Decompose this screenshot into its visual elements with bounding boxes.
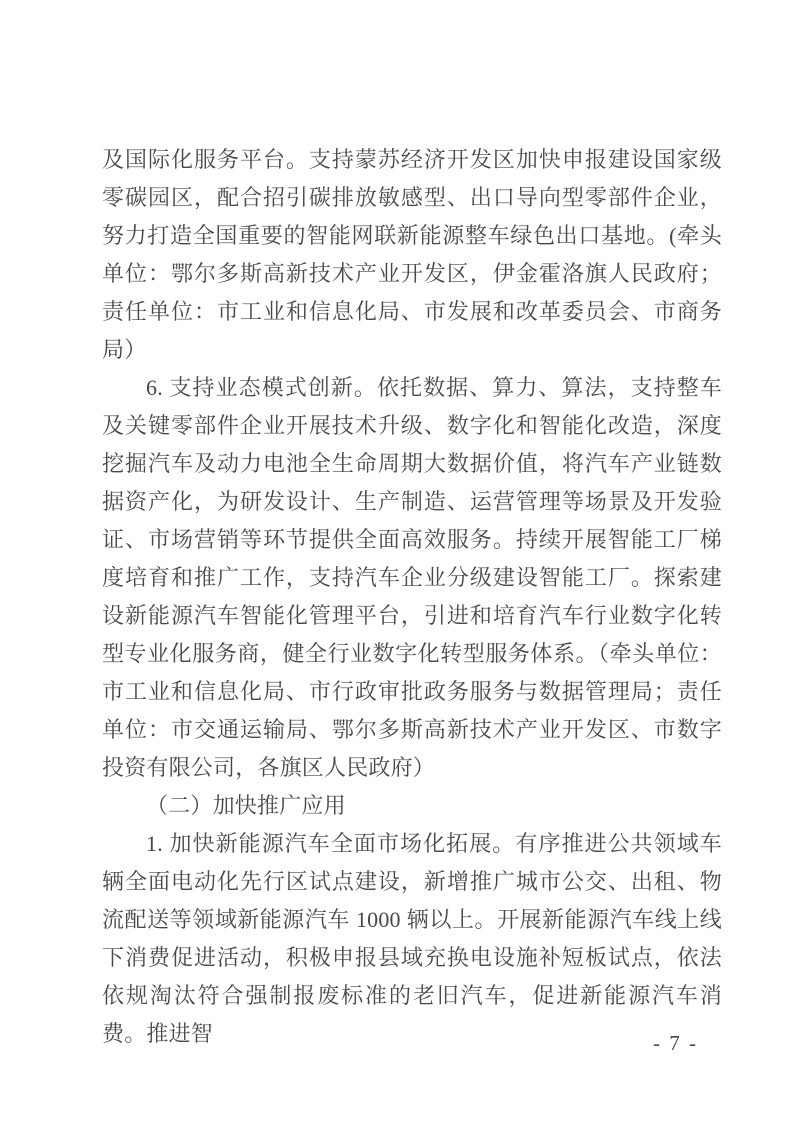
document-text-block: 及国际化服务平台。支持蒙苏经济开发区加快申报建设国家级零碳园区，配合招引碳排放敏… [102, 141, 722, 1053]
page-number: - 7 - [653, 1031, 698, 1056]
document-page: 及国际化服务平台。支持蒙苏经济开发区加快申报建设国家级零碳园区，配合招引碳排放敏… [0, 0, 793, 1122]
paragraph-continuation: 及国际化服务平台。支持蒙苏经济开发区加快申报建设国家级零碳园区，配合招引碳排放敏… [102, 141, 722, 369]
paragraph-item-6: 6. 支持业态模式创新。依托数据、算力、算法，支持整车及关键零部件企业开展技术升… [102, 369, 722, 787]
paragraph-item-1: 1. 加快新能源汽车全面市场化拓展。有序推进公共领域车辆全面电动化先行区试点建设… [102, 825, 722, 1053]
section-heading-2: （二）加快推广应用 [102, 787, 722, 825]
